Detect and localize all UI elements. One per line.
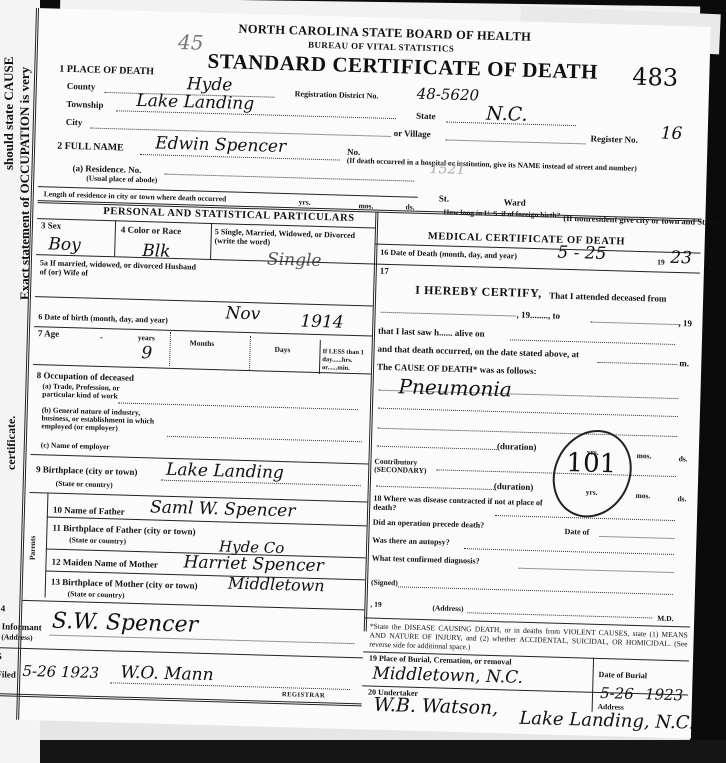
father-name-label: 10 Name of Father [53,505,125,517]
autopsy-label: Was there an autopsy? [372,536,450,547]
duration-label: (duration) [497,441,537,452]
hospital-note: (If death occurred in a hospital or inst… [347,157,707,175]
mother-birthplace: Middletown [228,574,325,596]
undertaker-value: W.B. Watson, [373,694,498,719]
test-confirmed-label: What test confirmed diagnosis? [372,554,480,566]
certificate-title: STANDARD CERTIFICATE OF DEATH [207,49,598,85]
register-no-value: 16 [660,123,682,144]
certificate-number: 483 [632,63,679,92]
certify-heading: I HEREBY CERTIFY, [415,283,542,302]
signed-year: , 19 [370,600,381,609]
disease-contracted-label: 18 Where was disease contracted if not a… [373,494,553,517]
days-label: Days [274,345,290,354]
mother-birthplace-sublabel: (State or country) [68,589,125,600]
dob-month: Nov [225,303,260,324]
sex-label: 3 Sex [41,220,62,231]
last-saw-label: that I last saw h...... alive on [378,326,485,339]
physician-address-label: (Address) [432,603,463,613]
contributory-ds: ds. [677,494,686,503]
spouse-label: 5a If married, widowed, or divorced Husb… [40,258,200,280]
operation-date-label: Date of [564,527,589,537]
state-value: N.C. [486,103,528,126]
less-than-day-label: If LESS than 1 day......hrs. or......min… [322,348,371,373]
place-of-death-label: 1 PLACE OF DEATH [59,64,154,78]
margin-note-cause: should state CAUSE [2,0,16,170]
circled-code: 101 [566,448,616,479]
duration-mos: mos. [637,451,652,460]
informant-value: S.W. Spencer [52,609,199,638]
registrar-label: REGISTRAR [282,691,325,699]
occupation-industry-label: (b) General nature of industry, business… [41,406,162,433]
operation-label: Did an operation precede death? [373,518,485,530]
signed-label: (Signed) [371,578,398,588]
yrs-label: yrs. [299,197,311,206]
father-birthplace-sublabel: (State or country) [69,535,126,546]
city-label: City [66,117,83,127]
occupation-trade-label: (a) Trade, Profession, or particular kin… [42,382,142,401]
informant-address-label: (Address) [1,632,32,642]
ward-label: Ward [504,197,526,208]
color-label: 4 Color or Race [121,224,182,236]
mother-maiden-name: Harriet Spencer [183,552,324,576]
duration-ds: ds. [679,454,688,463]
date-of-death-year: 23 [670,248,692,269]
birthplace-label: 9 Birthplace (city or town) [36,464,138,477]
registrar-signature: W.O. Mann [120,663,214,686]
father-name: Saml W. Spencer [150,497,296,521]
death-certificate: 45 NORTH CAROLINA STATE BOARD OF HEALTH … [16,8,711,739]
informant-number: 14 [0,603,5,613]
township-label: Township [66,99,103,110]
birthplace-sublabel: (State or country) [56,479,113,490]
state-label: State [416,111,436,122]
filed-date: 5-26 1923 [22,662,99,682]
age-dash: - [100,332,103,342]
dob-year: 1914 [300,312,344,333]
date-of-death-label: 16 Date of Death (month, day, and year) [380,248,517,261]
village-label: or Village [394,128,431,139]
county-label: County [67,81,96,92]
filed-label: Filed [0,669,16,680]
time-m: m. [679,358,689,368]
sex-value: Boy [48,234,81,255]
street-label: St. [439,193,450,203]
attended-to-year: , 19 [678,318,692,328]
dob-label: 6 Date of birth (month, day, and year) [38,312,168,325]
mother-maiden-name-label: 12 Maiden Name of Mother [51,557,158,570]
certify-statement: That I attended deceased from [549,290,667,303]
cause-of-death-value: Pneumonia [398,374,512,401]
registration-district-label: Registration District No. [295,89,379,100]
attended-from-line: , 19........, to [516,310,560,321]
undertaker-address: Lake Landing, N.C. [519,708,695,734]
date-of-death: 5 - 25 [557,243,607,264]
age-label: 7 Age [38,328,60,339]
township-value: Lake Landing [136,91,254,114]
residence-pencil: 1521 [429,161,465,178]
informant-label: Informant [2,621,42,632]
marital-label: 5 Single, Married, Widowed, or Divorced … [214,227,364,249]
death-occurred-label: and that death occurred, on the date sta… [377,344,579,360]
years-label: years [138,333,155,342]
register-no-label: Register No. [590,134,638,145]
contributory-mos: mos. [635,491,650,500]
full-name-value: Edwin Spencer [155,133,286,157]
filed-number: 15 [0,651,2,661]
birthplace-value: Lake Landing [166,460,284,483]
full-name-label: 2 FULL NAME [57,141,124,154]
contributory-duration-label: (duration) [494,481,534,492]
pencil-mark: 45 [178,30,204,55]
item-17: 17 [380,266,389,276]
burial-date-label: Date of Burial [598,670,647,680]
burial-place-value: Middletown, N.C. [372,664,523,688]
age-years: 9 [141,343,152,363]
md-label: M.D. [657,614,673,623]
employer-label: (c) Name of employer [41,440,110,451]
parents-label: Parents [28,536,38,561]
dod-year-prefix: 19 [657,257,665,266]
registration-district-value: 48-5620 [417,85,480,105]
months-label: Months [190,338,215,348]
margin-note-certificate: certificate. [4,416,19,470]
contributory-yrs: yrs. [586,488,598,497]
contributory-label: Contributory (SECONDARY) [374,458,434,476]
residence-sublabel: (Usual place of abode) [86,173,157,184]
scan-background [0,740,726,763]
